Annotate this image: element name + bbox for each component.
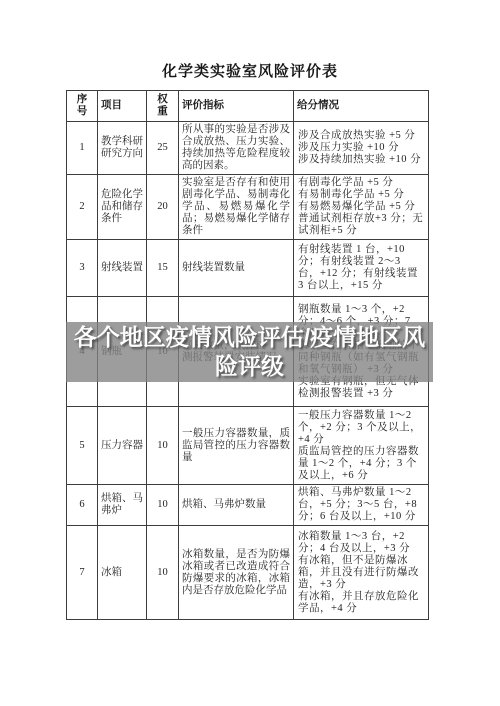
indicator-cell: 冰箱数量，是否为防爆冰箱或者已改造成符合防爆要求的冰箱，冰箱内是否存放危险化学品 bbox=[179, 526, 294, 620]
indicator-cell: 烘箱、马弗炉数量 bbox=[179, 485, 294, 526]
table-row: 7 冰箱 10 冰箱数量，是否为防爆冰箱或者已改造成符合防爆要求的冰箱，冰箱内是… bbox=[67, 526, 429, 620]
scoring-cell: 涉及合成放热实验 +5 分 涉及压力实验 +10 分 涉及持续加热实验 +10 … bbox=[294, 122, 429, 175]
weight-cell: 20 bbox=[147, 175, 179, 240]
header-evaluation-indicator: 评价指标 bbox=[179, 91, 294, 122]
weight-cell: 25 bbox=[147, 122, 179, 175]
item-cell: 冰箱 bbox=[98, 526, 147, 620]
scoring-cell: 冰箱数量 1～3 台，+2 分；4 台及以上，+3 分 有冰箱，但不是防爆冰箱，… bbox=[294, 526, 429, 620]
table-header-row: 序 号 项目 权 重 评价指标 给分情况 bbox=[67, 91, 429, 122]
watermark-text: 各个地区疫情风险评估/疫情地区风 险评级 bbox=[66, 323, 433, 381]
header-scoring: 给分情况 bbox=[294, 91, 429, 122]
serial-cell: 2 bbox=[67, 175, 98, 240]
table-row: 2 危险化学品和储存条件 20 实验室是否存有和使用剧毒化学品、易制毒化学品、易… bbox=[67, 175, 429, 240]
indicator-cell: 实验室是否存有和使用剧毒化学品、易制毒化学品、易燃易爆化学品；易燃易爆化学储存条… bbox=[179, 175, 294, 240]
item-cell: 危险化学品和储存条件 bbox=[98, 175, 147, 240]
serial-cell: 7 bbox=[67, 526, 98, 620]
item-cell: 教学科研研究方向 bbox=[98, 122, 147, 175]
scanned-document: { "doc": { "title": "化学类实验室风险评价表" }, "co… bbox=[0, 0, 500, 706]
indicator-cell: 一般压力容器数量，质监局管控的压力容器数量 bbox=[179, 407, 294, 485]
table-row: 6 烘箱、马弗炉 10 烘箱、马弗炉数量 烘箱、马弗炉数量 1～2 台，+5 分… bbox=[67, 485, 429, 526]
item-cell: 射线装置 bbox=[98, 240, 147, 297]
table-row: 1 教学科研研究方向 25 所从事的实验是否涉及合成放热、压力实验、持续加热等危… bbox=[67, 122, 429, 175]
document-title: 化学类实验室风险评价表 bbox=[0, 60, 500, 81]
header-serial-number: 序 号 bbox=[67, 91, 98, 122]
weight-cell: 10 bbox=[147, 407, 179, 485]
weight-cell: 15 bbox=[147, 240, 179, 297]
scoring-cell: 有射线装置 1 台，+10 分；有射线装置 2～3 台，+12 分；有射线装置 … bbox=[294, 240, 429, 297]
item-cell: 烘箱、马弗炉 bbox=[98, 485, 147, 526]
watermark-overlay-banner: 各个地区疫情风险评估/疫情地区风 险评级 bbox=[66, 322, 433, 382]
header-item: 项目 bbox=[98, 91, 147, 122]
item-cell: 压力容器 bbox=[98, 407, 147, 485]
weight-cell: 10 bbox=[147, 526, 179, 620]
indicator-cell: 所从事的实验是否涉及合成放热、压力实验、持续加热等危险程度较高的因素。 bbox=[179, 122, 294, 175]
weight-cell: 10 bbox=[147, 485, 179, 526]
header-weight: 权 重 bbox=[147, 91, 179, 122]
serial-cell: 5 bbox=[67, 407, 98, 485]
scoring-cell: 烘箱、马弗炉数量 1～2 台，+5 分；3～5 台，+8 分；6 台及以上，+1… bbox=[294, 485, 429, 526]
serial-cell: 6 bbox=[67, 485, 98, 526]
indicator-cell: 射线装置数量 bbox=[179, 240, 294, 297]
table-row: 3 射线装置 15 射线装置数量 有射线装置 1 台，+10 分；有射线装置 2… bbox=[67, 240, 429, 297]
scoring-cell: 一般压力容器数量 1～2 个，+2 分；3 个及以上，+4 分 质监局管控的压力… bbox=[294, 407, 429, 485]
serial-cell: 3 bbox=[67, 240, 98, 297]
serial-cell: 1 bbox=[67, 122, 98, 175]
table-row: 5 压力容器 10 一般压力容器数量，质监局管控的压力容器数量 一般压力容器数量… bbox=[67, 407, 429, 485]
scoring-cell: 有剧毒化学品 +5 分 有易制毒化学品 +5 分 有易燃易爆化学品 +5 分 普… bbox=[294, 175, 429, 240]
